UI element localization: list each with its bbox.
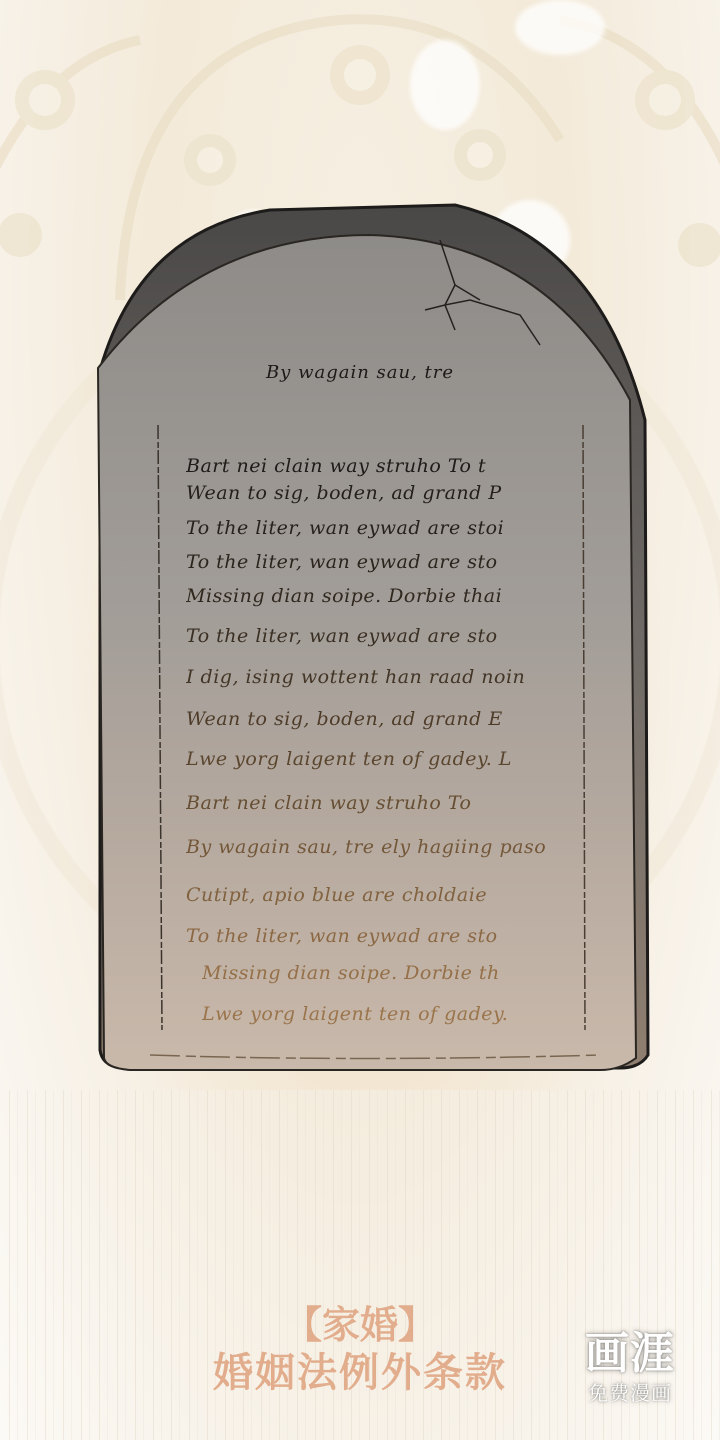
inscription-line: To the liter, wan eywad are sto bbox=[186, 925, 562, 947]
inscription-line: Bart nei clain way struho To bbox=[186, 792, 562, 814]
inscription-line: To the liter, wan eywad are stoi bbox=[186, 517, 562, 539]
inscription-line: Missing dian soipe. Dorbie th bbox=[202, 962, 578, 984]
inscription-line: To the liter, wan eywad are sto bbox=[186, 551, 562, 573]
inscription-line: Missing dian soipe. Dorbie thai bbox=[186, 585, 562, 607]
inscription-line: Lwe yorg laigent ten of gadey. bbox=[202, 1003, 578, 1025]
watermark-logo: 画涯 免费漫画 bbox=[566, 1328, 694, 1428]
watermark-tagline: 免费漫画 bbox=[566, 1380, 694, 1406]
watermark-brand: 画涯 bbox=[566, 1328, 694, 1380]
inscription-line: Wean to sig, boden, ad grand P bbox=[186, 482, 562, 504]
inscription-line: I dig, ising wottent han raad noin bbox=[186, 666, 562, 688]
inscription-line: By wagain sau, tre ely hagiing paso bbox=[186, 836, 562, 858]
inscription-heading: By wagain sau, tre bbox=[0, 362, 720, 383]
inscription-line: Wean to sig, boden, ad grand E bbox=[186, 708, 562, 730]
inscription-line: To the liter, wan eywad are sto bbox=[186, 625, 562, 647]
inscription-line: Cutipt, apio blue are choldaie bbox=[186, 884, 562, 906]
inscription-line: Bart nei clain way struho To t bbox=[186, 455, 562, 477]
inscription-line: Lwe yorg laigent ten of gadey. L bbox=[186, 748, 562, 770]
